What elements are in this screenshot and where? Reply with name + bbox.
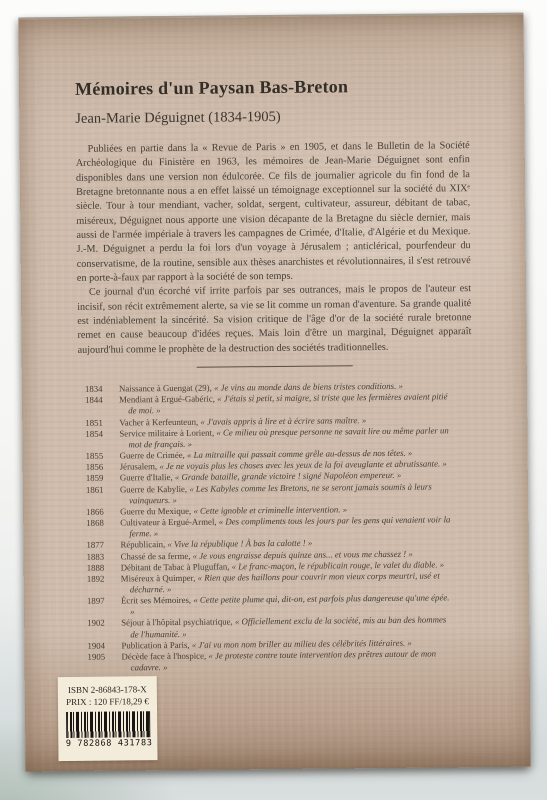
timeline-event: Guerre de Crimée,	[120, 450, 188, 461]
timeline-event: Chassé de sa ferme,	[121, 550, 193, 561]
timeline-year: 1866	[86, 506, 111, 517]
timeline-year: 1868	[86, 518, 111, 529]
timeline-entry: 1905Décède face à l'hospice, « Je protes…	[87, 648, 456, 674]
timeline-quote: « Cette ignoble et criminelle interventi…	[193, 504, 347, 515]
isbn-text: ISBN 2-86843-178-X	[58, 684, 157, 696]
timeline-quote: « La mitraille qui passait comme grêle a…	[187, 448, 412, 460]
book-title: Mémoires d'un Paysan Bas-Breton	[75, 75, 469, 99]
timeline-event: Décède face à l'hospice,	[121, 651, 208, 662]
timeline-quote: « Je vins au monde dans de biens tristes…	[214, 381, 403, 393]
timeline-year: 1902	[87, 618, 112, 629]
timeline-event: Miséreux à Quimper,	[121, 573, 198, 584]
timeline-quote: « J'avais appris à lire et à écrire sans…	[200, 415, 366, 427]
book-back-cover: Mémoires d'un Paysan Bas-Breton Jean-Mar…	[18, 13, 530, 772]
timeline-event: Républicain,	[120, 539, 167, 549]
timeline-year: 1834	[85, 384, 110, 395]
timeline-year: 1905	[87, 651, 112, 662]
timeline-year: 1883	[87, 551, 112, 562]
timeline-year: 1855	[86, 451, 111, 462]
timeline-text: Guerre de Kabylie, « Les Kabyles comme l…	[120, 481, 455, 507]
book-author: Jean-Marie Déguignet (1834-1905)	[75, 107, 469, 127]
synopsis-paragraph-2: Ce journal d'un écorché vif irrite parfo…	[77, 283, 472, 358]
timeline-year: 1844	[85, 395, 110, 406]
cover-content: Mémoires d'un Paysan Bas-Breton Jean-Mar…	[18, 15, 529, 675]
timeline-event: Mendiant à Ergué-Gabéric,	[119, 394, 217, 405]
timeline-text: Miséreux à Quimper, « Rien que des haill…	[121, 570, 456, 596]
barcode-bars-icon	[66, 711, 150, 738]
timeline-year: 1861	[86, 484, 111, 495]
barcode-digits: 9 782868 431783	[66, 738, 150, 749]
photo-background: Mémoires d'un Paysan Bas-Breton Jean-Mar…	[0, 0, 547, 800]
timeline-year: 1892	[87, 573, 112, 584]
timeline-event: Écrit ses Mémoires,	[121, 595, 193, 606]
divider-rule	[197, 365, 353, 367]
timeline-event: Service militaire à Lorient,	[119, 427, 216, 438]
timeline-quote: « Grande bataille, grande victoire ! sig…	[175, 470, 401, 482]
timeline-year: 1851	[85, 417, 110, 428]
timeline-text: Séjour à l'hôpital psychiatrique, « Offi…	[121, 615, 456, 641]
timeline-year: 1897	[87, 596, 112, 607]
timeline-year: 1888	[87, 562, 112, 573]
timeline-event: Vacher à Kerfeunteun,	[119, 416, 200, 427]
timeline-year: 1904	[87, 640, 112, 651]
timeline-event: Naissance à Guengat (29),	[119, 383, 214, 394]
timeline-year: 1877	[86, 540, 111, 551]
price-text: PRIX : 120 FF/18,29 €	[58, 696, 157, 708]
timeline-text: Écrit ses Mémoires, « Cette petite plume…	[121, 592, 456, 618]
timeline-event: Guerre d'Italie,	[120, 472, 175, 483]
timeline-event: Séjour à l'hôpital psychiatrique,	[121, 617, 235, 628]
timeline-text: Service militaire à Lorient, « Ce milieu…	[119, 425, 454, 451]
timeline-quote: « Le franc-maçon, le républicain rouge, …	[232, 559, 445, 571]
isbn-price-label: ISBN 2-86843-178-X PRIX : 120 FF/18,29 €…	[58, 676, 158, 761]
timeline-text: Cultivateur à Ergué-Armel, « Des complim…	[120, 514, 455, 540]
synopsis-paragraph-1: Publiées en partie dans la « Revue de Pa…	[76, 139, 471, 286]
timeline-quote: « Je vous engraisse depuis quinze ans...…	[193, 548, 413, 560]
timeline-text: Mendiant à Ergué-Gabéric, « J'étais si p…	[119, 392, 454, 418]
timeline-event: Débitant de Tabac à Pluguffan,	[121, 561, 232, 572]
timeline-event: Cultivateur à Ergué-Armel,	[120, 517, 219, 528]
timeline-year: 1854	[85, 428, 110, 439]
timeline-event: Jérusalem,	[120, 461, 160, 471]
chronology-list: 1834Naissance à Guengat (29), « Je vins …	[85, 380, 475, 674]
timeline-event: Guerre de Kabylie,	[120, 483, 189, 494]
timeline-year: 1859	[86, 473, 111, 484]
timeline-quote: « J'ai vu mon nom briller au milieu des …	[192, 637, 412, 649]
timeline-text: Décède face à l'hospice, « Je proteste c…	[121, 648, 456, 674]
timeline-year: 1856	[86, 462, 111, 473]
timeline-quote: « Vive la république ! À bas la calotte …	[167, 538, 312, 549]
timeline-event: Guerre du Mexique,	[120, 506, 193, 517]
timeline-event: Publication à Paris,	[121, 640, 191, 651]
barcode: 9 782868 431783	[66, 711, 150, 749]
